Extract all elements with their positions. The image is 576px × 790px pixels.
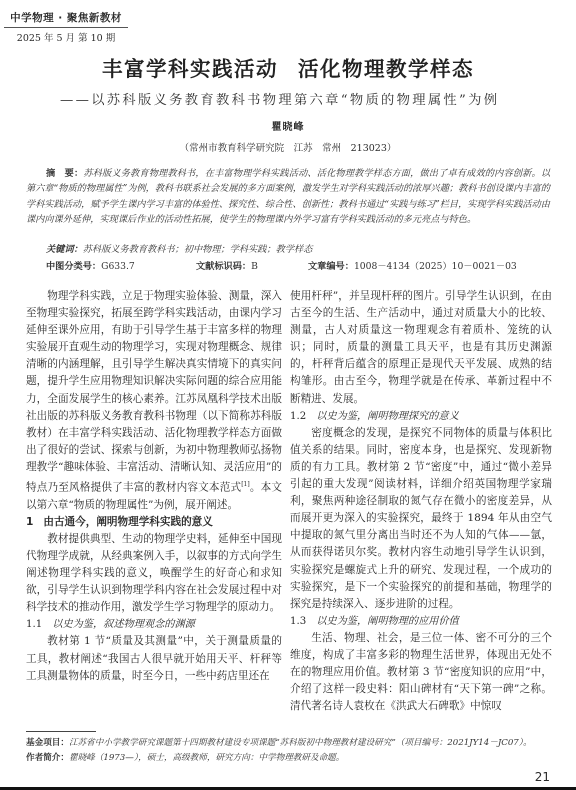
subsection-title: 以史为鉴，阐明物理探究的意义: [316, 411, 459, 422]
bio-label: 作者简介：: [26, 753, 69, 763]
section-1-3-paragraph: 生活、物理、社会，是三位一体、密不可分的三个维度，构成了丰富多彩的物理生活世界，…: [290, 630, 552, 715]
running-header: 中学物理 · 聚焦新教材 2025 年 5 月 第 10 期: [4, 10, 128, 44]
keywords-label: 关键词：: [46, 244, 83, 255]
body-column-left: 物理学科实践，立足于物理实验体验、测量，深入至物理实验探究，拓展至跨学科实践活动…: [26, 288, 282, 685]
citation-ref: [1]: [241, 481, 250, 488]
subsection-number: 1.2: [290, 411, 306, 422]
doc-code-value: B: [251, 261, 258, 272]
abstract-text: 苏科版义务教育物理教科书，在丰富物理学科实践活动、活化物理教学样态方面，做出了卓…: [26, 168, 550, 225]
article-no-label: 文章编号：: [308, 261, 354, 272]
article-subtitle: ——以苏科版义务教育教科书物理第六章“物质的物理属性”为例: [60, 89, 540, 108]
doc-code-label: 文献标识码：: [196, 261, 251, 272]
abstract: 摘 要：苏科版义务教育物理教科书，在丰富物理学科实践活动、活化物理教学样态方面，…: [26, 166, 550, 228]
title-part-1: 丰富学科实践活动: [102, 57, 278, 81]
section-1-2-heading: 1.2以史为鉴，阐明物理探究的意义: [290, 408, 552, 425]
fund-footnote: 基金项目：江苏省中小学教学研究课题第十四期教材建设专项课题“苏科版初中物理教材建…: [26, 736, 556, 751]
body-column-right: 使用杆秤”，并呈现杆秤的图片。引导学生认识到，在由古至今的生活、生产活动中，通过…: [290, 288, 552, 715]
intro-text: 物理学科实践，立足于物理实验体验、测量，深入至物理实验探究，拓展至跨学科实践活动…: [26, 290, 282, 494]
fund-label: 基金项目：: [26, 738, 69, 748]
intro-paragraph: 物理学科实践，立足于物理实验体验、测量，深入至物理实验探究，拓展至跨学科实践活动…: [26, 288, 282, 514]
classification-line: 中图分类号：G633.7文献标识码：B文章编号：1008－4134（2025）1…: [46, 258, 517, 272]
page-number: 21: [535, 770, 550, 784]
keywords-text: 苏科版义务教育教科书；初中物理；学科实践；教学样态: [83, 244, 313, 255]
section-1-2-paragraph: 密度概念的发现，是探究不同物体的质量与体积比值关系的结果。同时，密度本身，也是探…: [290, 425, 552, 613]
section-1-paragraph: 教材提供典型、生动的物理学史料，延伸至中国现代物理学成就，从经典案例入手，以叙事…: [26, 531, 282, 616]
article-no-value: 1008－4134（2025）10－0021－03: [354, 261, 517, 272]
section-1-1-paragraph-start: 教材第 1 节“质量及其测量”中，关于测量质量的工具，教材阐述“我国古人很早就开…: [26, 633, 282, 684]
section-1-3-heading: 1.3以史为鉴，阐明物理的应用价值: [290, 613, 552, 630]
author-bio-footnote: 作者简介：瞿晓峰（1973—），硕士，高级教师，研究方向：中学物理教研及命题。: [26, 751, 556, 766]
section-number: 1: [26, 516, 33, 528]
fund-text: 江苏省中小学教学研究课题第十四期教材建设专项课题“苏科版初中物理教材建设研究”（…: [69, 738, 532, 748]
article-title: 丰富学科实践活动活化物理教学样态: [0, 52, 576, 82]
bio-text: 瞿晓峰（1973—），硕士，高级教师，研究方向：中学物理教研及命题。: [69, 753, 344, 763]
abstract-label: 摘 要：: [46, 168, 83, 179]
subsection-number: 1.3: [290, 616, 306, 627]
issue-info: 2025 年 5 月 第 10 期: [4, 30, 128, 44]
footnote-divider: [26, 731, 96, 732]
subsection-title: 以史为鉴，阐明物理的应用价值: [316, 616, 459, 627]
author-affiliation: （常州市教育科学研究院 江苏 常州 213023）: [0, 140, 576, 154]
clc-value: G633.7: [101, 261, 135, 272]
footnotes: 基金项目：江苏省中小学教学研究课题第十四期教材建设专项课题“苏科版初中物理教材建…: [26, 736, 556, 766]
section-1-1-paragraph-cont: 使用杆秤”，并呈现杆秤的图片。引导学生认识到，在由古至今的生活、生产活动中，通过…: [290, 288, 552, 408]
subsection-title: 以史为鉴，叙述物理观念的渊源: [52, 619, 195, 630]
clc-label: 中图分类号：: [46, 261, 101, 272]
journal-section-label: 中学物理 · 聚焦新教材: [4, 10, 128, 28]
author-name: 瞿晓峰: [0, 118, 576, 133]
title-part-2: 活化物理教学样态: [298, 57, 474, 81]
section-1-heading: 1由古通今，阐明物理学科实践的意义: [26, 514, 282, 531]
keywords: 关键词：苏科版义务教育教科书；初中物理；学科实践；教学样态: [46, 241, 312, 255]
section-title: 由古通今，阐明物理学科实践的意义: [43, 516, 213, 528]
section-1-1-heading: 1.1以史为鉴，叙述物理观念的渊源: [26, 616, 282, 633]
subsection-number: 1.1: [26, 619, 42, 630]
